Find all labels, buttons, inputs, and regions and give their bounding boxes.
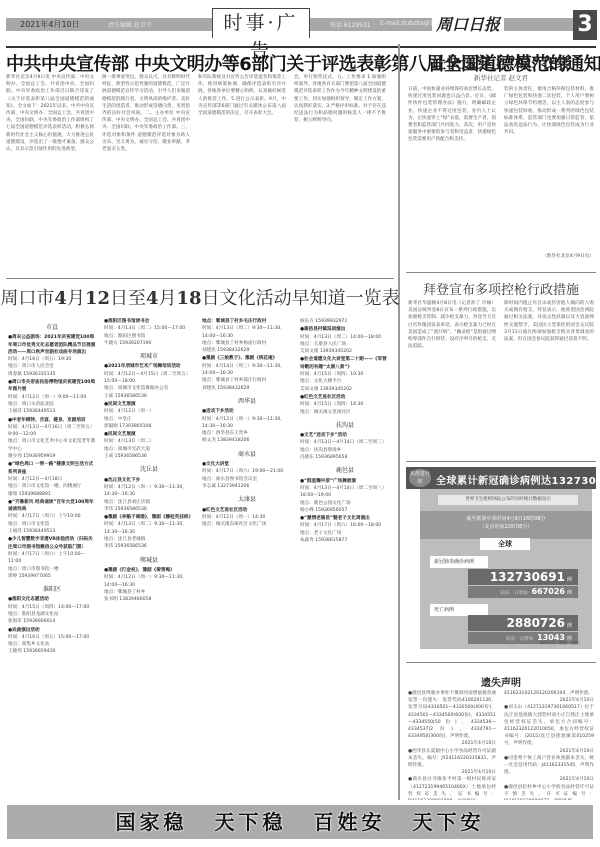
issue-date: 2021年4月10日 [20, 19, 80, 30]
activity-place: 地点：西华县东王营乡 [202, 430, 292, 437]
activity-name: ●2021年项城市艺术广场舞培训活动 [104, 363, 194, 370]
slogan-part: 天下安 [412, 810, 484, 834]
activity-contact: 艾尚文康 13939345202 [300, 386, 390, 393]
activity-name: ●社会道德文化大讲堂第二十期——《军营诗歌的有趣“太康八景”》 [300, 356, 390, 371]
activity-place: 地点：郑集乡文化站 [8, 641, 96, 648]
lost-notice-item: ●西华县东夏镇中心小学食品经营许可证副本丢失，编号：JY241162203158… [408, 748, 496, 777]
lost-notice-item: ●同金秀个体工商户营业执照副本丢失，统一社会信用代码：J41162331545，… [504, 755, 594, 784]
activity-name: ●送戏下乡活动 [202, 408, 292, 415]
activity-time: 时间：4月12日（周一）9:30—11:30，14:00—16:30 [104, 574, 194, 589]
activity-name: 地点：郸城县丁村乡毛庄行政村 [202, 318, 292, 325]
express-article-title: 让快递穿上“绿”衣裳 [408, 52, 594, 73]
activity-item: ●2021年项城市艺术广场舞培训活动时间：4月12日—4月15日（周二至周五）1… [104, 363, 194, 399]
activity-time: 时间：4月12日（周一）9:30—11:30，14:30—16:30 [202, 416, 292, 431]
activity-contact: 朱森寿 15938615877 [300, 537, 390, 544]
activity-time: 时间：4月12日—4月18日 [8, 476, 96, 483]
covid-time-line-2: （北京时间22时08分） [420, 523, 592, 531]
activity-column-2: ●淮阳区图书馆读书会时间：4月13日（周二）15:00—17:00地点：淮阳区图… [104, 318, 194, 802]
lost-notice-item: ●鹿邑县鸣鹿办事处不慎将河南增值税普通发票一份遗失：发票代码4100201130… [408, 690, 496, 748]
activity-item: ●民间文艺展演时间：4月12日（周一）地点：中堂庄郭毅刚 17303860108 [104, 401, 194, 430]
district-heading: 西华县 [202, 398, 292, 405]
activity-item: ●“齐鲁新风 经典诵读”百年大党100周年诵读经典时间：4月17日（周六）上午1… [8, 499, 96, 535]
activity-time: 时间：4月13日（周二）15:00—17:00 [104, 325, 194, 332]
activity-time: 时间：4月17日（周六）上午10:00—11:00 [8, 551, 96, 566]
notice-text: ●商水县白寺镇张平村第一组村民韩涛安（41272319940510460X）土地… [408, 776, 496, 800]
covid-source-note: 世界卫生组织网站公布的实时统计数据显示 [438, 495, 578, 505]
activity-contact: 周春斌 15936335135 [8, 371, 96, 378]
activity-place: 地点：周口市文化艺术中心市文化馆老年教学中心 [8, 438, 96, 453]
activity-name: ●“齐鲁新风 经典诵读”百年大党100周年诵读经典 [8, 499, 96, 514]
activity-column-3: 地点：郸城县丁村乡毛庄行政村时间：4月13日（周二）9:30—11:30，14:… [202, 318, 292, 802]
activity-item: ●豫剧《李豁子离婚》、豫剧《穆桂英挂帅》时间：4月13日（周二）9:30—11:… [104, 514, 194, 550]
activity-place: 地点：城关镇东街社区文化广场 [202, 521, 292, 528]
activity-name: ●淮阳区图书馆读书会 [104, 318, 194, 325]
section-divider [6, 278, 394, 279]
notice-text: ●鹿邑县鸣鹿办事处不慎将河南增值税普通发票一份遗失：发票代码4100201130… [408, 690, 496, 740]
district-heading: 市直 [8, 324, 96, 331]
activity-contact: 李志诚 13273941206 [202, 483, 292, 490]
activity-item: ●中老年模特、舌谚、健身、京剧培训时间：4月13日—4月16日（周二至周五）9:… [8, 417, 96, 461]
notice-date: 2021年4月10日 [408, 769, 496, 776]
activity-time: 时间：4月13日—4月14日（周二至周三）18:00—19:00 [300, 485, 390, 500]
activity-name: ●“绿色周口 一带一路”健康文明生活方式系列讲座 [8, 461, 96, 476]
covid-body: 世界卫生组织网站公布的实时统计数据显示 截至欧洲中部时间4月9日16时08分 （… [420, 489, 592, 649]
confirmed-delta: 较前一日增加667026例 [468, 586, 578, 598]
right-divider-1 [406, 272, 596, 273]
district-heading: 太康县 [202, 496, 292, 503]
activity-contact: 郭婷 15939977065 [8, 573, 96, 580]
covid-credit: 新华社发（制图：何贤） [540, 640, 582, 646]
activity-place: 地点：周口市文化馆一楼、四楼展厅 [8, 483, 96, 490]
notice-date: 2021年4月10日 [504, 748, 594, 755]
activity-name: ●红色文艺进社区活动 [300, 394, 390, 401]
slogan-part: 国家稳 [116, 810, 188, 834]
confirmed-count: 132730691例 [468, 569, 578, 585]
activity-time: 时间：4月12日（周一）9:30—11:30，14:30—16:30 [104, 484, 194, 499]
activity-contact: 王威 15936586536 [104, 453, 194, 460]
slogan-part: 百姓安 [313, 810, 385, 834]
activity-name: ●民间文艺展演 [104, 401, 194, 408]
activity-time: 时间：4月12日（周一）9:00—11:00 [8, 394, 96, 401]
confirmed-label: 新冠肺炎确诊病例 [430, 556, 488, 568]
page-number: 3 [573, 10, 597, 40]
activity-place: 地点：城关镇五里岗社区 [300, 409, 390, 416]
activity-time: 时间：4月15日（周四）14:00—17:00 [8, 604, 96, 611]
activity-time: 时间：4月15日（周四）14:30 [300, 401, 390, 408]
activity-contact: 王晓伟 15936659430 [8, 648, 96, 655]
main-article-column-3: 和军队系统及对宣传公告评选提名和推荐工作，推进统筹协调，确保评选表彰有序开展。各… [198, 74, 286, 270]
column-divider [398, 44, 400, 800]
activity-column-4: 候东方 15939932971●鹿邑县村镇巡回演出时间：4月13日（周二）14:… [300, 318, 390, 802]
activity-item: ●民间文艺展演时间：4月13日（周二）地点：项城市光武大道王威 15936586… [104, 431, 194, 460]
activity-item: ●戏曲演出活动时间：4月16日（周五）15:00—17:00地点：郑集乡文化站王… [8, 627, 96, 656]
activity-place: 地点：中堂庄 [104, 416, 194, 423]
activity-time: 时间：4月13日—4月14日（周二至周三） [300, 439, 390, 446]
activity-item: 地点：郸城县丁村乡毛庄行政村时间：4月13日（周二）9:30—11:30，14:… [202, 318, 292, 354]
activity-item: ●送戏下乡活动时间：4月12日（周一）9:30—11:30，14:30—16:3… [202, 408, 292, 444]
activity-item: ●“群星耀中原”广场舞展演时间：4月13日—4月14日（周二至周三）18:00—… [300, 478, 390, 514]
activity-time: 时间：4月14日（周三）9:30—11:30，14:00—16:30 [202, 363, 292, 378]
activity-place: 地点：周口市文化馆 [8, 521, 96, 528]
activity-place: 地点：项城市光武大道 [104, 446, 194, 453]
activity-item: 候东方 15939932971 [300, 318, 390, 325]
activity-item: ●文艺“送戏下乡”活动时间：4月13日—4月14日（周二至周三）地点：扶沟县柴岗… [300, 432, 390, 461]
activity-item: ●周末公益剧场：2021年庆祝建党100周年周口市优秀文化志愿者团队精品节目展演… [8, 334, 96, 378]
activity-contact: 王丽萍 15936449513 [8, 528, 96, 535]
activity-name: ●周末公益剧场：2021年庆祝建党100周年周口市优秀文化志愿者团队精品节目展演… [8, 334, 96, 356]
lost-notice-column-1: ●鹿邑县鸣鹿办事处不慎将河南增值税普通发票一份遗失：发票代码4100201130… [408, 690, 496, 800]
activity-name: ●民间文艺展演 [104, 431, 194, 438]
lost-notice-item: 411623102120120200104，声明作废。2021年4月10日 [504, 690, 594, 704]
activity-item: ●“绿色周口 一带一路”健康文明生活方式系列讲座时间：4月12日—4月18日地点… [8, 461, 96, 497]
activity-name: ●豫剧《李豁子离婚》、豫剧《穆桂英挂帅》 [104, 514, 194, 521]
activity-item: ●豫剧《三娘教子》、豫剧《桃花庵》时间：4月14日（周三）9:30—11:30，… [202, 355, 292, 391]
phone-number: 电话 6129531 [330, 20, 371, 29]
footer-slogan-bar: 国家稳 天下稳 百姓安 天下安 [7, 805, 593, 839]
activity-name: ●鹿邑县村镇巡回演出 [300, 326, 390, 333]
notice-date: 2021年4月10日 [504, 697, 594, 704]
activity-time: 时间：4月17日（周六）上午10:00 [8, 513, 96, 520]
activity-name: ●“群星耀中原”广场舞展演 [300, 478, 390, 485]
activity-place: 地点：文化大楼平台 [300, 378, 390, 385]
activity-item: ●红色文艺进社区活动时间：4月12日（周一）14:30地点：城关镇东街社区文化广… [202, 507, 292, 529]
notice-text: ●鹿邑县赵村乡中心小学校食品经营许可证不慎丢失，许可证编号：JY34116230… [504, 784, 594, 800]
main-headline: 中共中央宣传部 中央文明办等6部门关于评选表彰第八届全国道德模范的通知 [6, 50, 386, 76]
activity-place: 地点：郸城县丁村乡杨庙行政村 [202, 340, 292, 347]
activity-name: ●红色文艺进社区活动 [202, 507, 292, 514]
activity-item: ●豫剧《打金枝》、豫剧《秦雪梅》时间：4月12日（周一）9:30—11:30，1… [104, 567, 194, 603]
activity-place: 地点：鹿邑公园文化广场 [300, 500, 390, 507]
activity-name: ●戏曲演出活动 [8, 627, 96, 634]
activity-place: 地点：周口市人民会堂 [8, 363, 96, 370]
express-article-column-2: 装的主体责任，使用合格环保包装材料，推广绿色包装和快递二次包装，个人用户要树立绿… [504, 86, 594, 246]
activity-contact: 牛晓方 15939207190 [104, 340, 194, 347]
activity-contact: 艾尚文康 13939345202 [300, 348, 390, 355]
express-article-column-1: 日前，中国快递业持续保持高位增长态势，快递过度包装问题也日益凸显。近日，《邮件快… [408, 86, 496, 258]
activity-item: ●周口市关帝庙民俗博物馆庆祝建党100周年图片展时间：4月12日（周一）9:00… [8, 379, 96, 415]
newspaper-logo: 周口日报 [432, 12, 504, 35]
activity-name: ●文艺“送戏下乡”活动 [300, 432, 390, 439]
lost-notice-column-2: 411623102120120200104，声明作废。2021年4月10日●刘玉… [504, 690, 594, 800]
activity-contact: 张海军 15936606014 [8, 618, 96, 625]
activity-contact: 王丽萍 15936449513 [8, 408, 96, 415]
activity-contact: 谢瑞 15939688891 [8, 491, 96, 498]
section-title: 时事·广告 [212, 8, 310, 38]
express-article-byline: 新华社记者 赵文君 [408, 73, 594, 82]
lost-notice-item: ●鹿邑县赵村乡中心小学校食品经营许可证不慎丢失，许可证编号：JY34116230… [504, 784, 594, 800]
activity-place: 地点：周口关帝庙北院 [8, 401, 96, 408]
district-heading: 商水县 [202, 451, 292, 458]
covid-time-line-1: 截至欧洲中部时间4月9日16时08分 [420, 515, 592, 523]
activity-contact: 李伟 15936586536 [104, 543, 194, 550]
activity-name: ●沈丘县文化下乡 [104, 477, 194, 484]
covid-time-note: 截至欧洲中部时间4月9日16时08分 （北京时间22时08分） [420, 511, 592, 539]
district-heading: 郸城县 [104, 557, 194, 564]
right-divider-3 [406, 662, 596, 663]
district-heading: 鹿邑县 [300, 467, 390, 474]
activity-place: 地点：太康县人民广场 [300, 341, 390, 348]
biden-article-column-2: 除时间内阻止有自杀或伤害他人倾向的人购买或拥有枪支。拜登表示，他希望国会两院通过… [504, 300, 594, 456]
lost-notice-item: ●刘玉山（412723197301060517）位于沈丘县莲池镇大郭营村刘小庄自… [504, 704, 594, 754]
activity-item: ●淮阳区图书馆读书会时间：4月13日（周二）15:00—17:00地点：淮阳区图… [104, 318, 194, 347]
activity-column-1: 市直●周末公益剧场：2021年庆祝建党100周年周口市优秀文化志愿者团队精品节目… [8, 318, 96, 802]
activity-name: ●豫剧《三娘教子》、豫剧《桃花庵》 [202, 355, 292, 362]
activity-name: ●淮阳文化志愿活动 [8, 596, 96, 603]
activity-contact: 杨小峰 15936956057 [300, 507, 390, 514]
activity-time: 时间：4月13日（周二）9:30—11:30，14:00—16:30 [202, 325, 292, 340]
culture-section-title: 周口市4月12日至4月18日文化活动早知道一览表 [0, 284, 400, 310]
district-heading: 项城市 [104, 353, 194, 360]
activity-contact: 郭毅刚 17303860108 [104, 423, 194, 430]
covid-headline: 全球累计新冠确诊病例达132730691例 [436, 472, 600, 487]
activity-name: ●周口市关帝庙民俗博物馆庆祝建党100周年图片展 [8, 379, 96, 394]
main-article-column-2: 树一批事迹突出、群众认可、具有鲜明时代特征、典型性示范性强的道德模范，广泛开展道… [102, 74, 190, 270]
activity-contact: 李伟 15936586536 [104, 506, 194, 513]
express-article-source: （新华社北京4月9日电） [504, 253, 594, 261]
activity-item: ●红色文艺进社区活动时间：4月15日（周四）14:30地点：城关镇五里岗社区 [300, 394, 390, 416]
lost-notice-title: 遗失声明 [408, 674, 594, 689]
activity-contact: 王威 15936586536 [104, 393, 194, 400]
activity-item: ●少儿智慧数字非遗VR体验活动（扫码关注周口市图书馆微信公众号获取门票）时间：4… [8, 536, 96, 580]
covid-tag-badge: 抗疫进行时 [409, 469, 431, 487]
activity-time: 时间：4月17日（周六）16:00—18:00 [300, 522, 390, 529]
notice-text: ●同金秀个体工商户营业执照副本丢失，统一社会信用代码：J41162331545，… [504, 755, 594, 777]
activity-place: 地点：老子文化广场 [300, 530, 390, 537]
activity-name: ●豫剧《打金枝》、豫剧《秦雪梅》 [104, 567, 194, 574]
activity-item: ●社会道德文化大讲堂第二十期——《军营诗歌的有趣“太康八景”》时间：4月15日（… [300, 356, 390, 392]
activity-contact: 杨文杰 13839418206 [202, 437, 292, 444]
activity-time: 时间：4月13日（周二）9:30—11:30，14:30—16:30 [104, 521, 194, 536]
main-article-column-1: 新华社北京4月9日电 中央宣传部、中央文明办、全国总工会、共青团中央、全国妇联、… [6, 74, 94, 270]
activity-time: 时间：4月12日—4月15日（周二至周五）15:00—18:00 [104, 371, 194, 386]
editor-credit: 责任编辑 赵卫平 [108, 20, 152, 29]
activity-time: 时间：4月12日（周一） [104, 408, 194, 415]
district-heading: 沈丘县 [104, 466, 194, 473]
main-article-column-4: 会，举行颁奖仪式。五、工作要求 1.加强组织领导。各地各有关部门要把第八届全国道… [294, 74, 386, 270]
activity-time: 时间：4月13日—4月16日（周二至周五）9:00—12:00 [8, 424, 96, 439]
notice-date: 2021年4月10日 [408, 740, 496, 747]
activity-time: 时间：4月17日（周六）19:00—21:00 [202, 468, 292, 475]
activity-contact: 谢少伟 15936959919 [8, 453, 96, 460]
lost-notice-item: ●商水县白寺镇张平村第一组村民韩涛安（41272319940510460X）土地… [408, 776, 496, 800]
activity-name: ●少儿智慧数字非遗VR体验活动（扫码关注周口市图书馆微信公众号获取门票） [8, 536, 96, 551]
activity-name: ●文化大讲堂 [202, 461, 292, 468]
activity-contact: 刘建民 15938432629 [202, 385, 292, 392]
activity-time: 时间：4月16日（周五）19:30 [8, 356, 96, 363]
activity-name: ●中老年模特、舌谚、健身、京剧培训 [8, 417, 96, 424]
activity-place: 地点：扶沟县柴岗乡 [300, 447, 390, 454]
covid-header: 抗疫进行时 全球累计新冠确诊病例达132730691例 [406, 467, 596, 489]
right-divider-2 [406, 461, 596, 462]
activity-name: ●“激情老鹿邑”暨老子文化周演出 [300, 515, 390, 522]
activity-place: 地点：郸城县丁村乡孤庄行政村 [202, 377, 292, 384]
notice-date: 2021年4月10日 [504, 776, 594, 783]
biden-article-title: 拜登宣布多项控枪行政措施 [408, 279, 594, 298]
activity-place: 地点：郸城县丁村乡 [104, 589, 194, 596]
deaths-count: 2880726例 [468, 615, 578, 631]
activity-item: ●沈丘县文化下乡时间：4月12日（周一）9:30—11:30，14:30—16:… [104, 477, 194, 513]
biden-article-column-1: 新华社华盛顿4月8日电（记者孙丁 许缘）美国总统拜登8日宣布一系列行政措施，以加… [408, 300, 496, 456]
activity-contact: 候东方 15939932971 [300, 318, 390, 325]
activity-time: 时间：4月13日（周二）14:00—18:00 [300, 334, 390, 341]
notice-text: 411623102120120200104，声明作废。 [504, 690, 594, 697]
activity-contact: 刘建民 15938432629 [202, 347, 292, 354]
covid-stats-panel: 抗疫进行时 全球累计新冠确诊病例达132730691例 世界卫生组织网站公布的实… [406, 467, 596, 651]
activity-contact: 冯晓东 15936895658 [300, 454, 390, 461]
activity-item: ●文化大讲堂时间：4月17日（周六）19:00—21:00地点：商水县图书馆会议… [202, 461, 292, 490]
masthead-rule [6, 46, 596, 48]
notice-text: ●刘玉山（412723197301060517）位于沈丘县莲池镇大郭营村刘小庄自… [504, 704, 594, 747]
activity-item: ●“激情老鹿邑”暨老子文化周演出时间：4月17日（周六）16:00—18:00地… [300, 515, 390, 544]
activity-place: 地点：淮阳区图书馆 [104, 333, 194, 340]
activity-time: 时间：4月12日（周一）14:30 [202, 514, 292, 521]
activity-place: 地点：项城市文化馆舞蹈办公室 [104, 385, 194, 392]
activity-item: ●鹿邑县村镇巡回演出时间：4月13日（周二）14:00—18:00地点：太康县人… [300, 326, 390, 355]
activity-place: 地点：沈丘县刘庄店镇 [104, 499, 194, 506]
activity-place: 地点：商水县图书馆会议室 [202, 476, 292, 483]
activity-place: 地点：周口市图书馆一楼 [8, 566, 96, 573]
activity-place: 地点：淮阳县龙湖文化站 [8, 611, 96, 618]
activity-contact: 张书明 13839466058 [104, 596, 194, 603]
slogan-part: 天下稳 [215, 810, 287, 834]
covid-scope-label: 全球 [480, 538, 530, 550]
activity-time: 时间：4月13日（周二） [104, 438, 194, 445]
activity-place: 地点：沈丘县老城镇 [104, 536, 194, 543]
notice-text: ●西华县东夏镇中心小学食品经营许可证副本丢失，编号：JY241162203158… [408, 748, 496, 770]
masthead: 2021年4月10日 责任编辑 赵卫平 时事·广告 电话 6129531 E-m… [0, 8, 600, 44]
activity-time: 时间：4月15日（周四）10:30 [300, 371, 390, 378]
activity-item: ●淮阳文化志愿活动时间：4月15日（周四）14:00—17:00地点：淮阳县龙湖… [8, 596, 96, 625]
district-heading: 扶沟县 [300, 422, 390, 429]
district-heading: 淮阳区 [8, 586, 96, 593]
activity-time: 时间：4月16日（周五）15:00—17:00 [8, 634, 96, 641]
